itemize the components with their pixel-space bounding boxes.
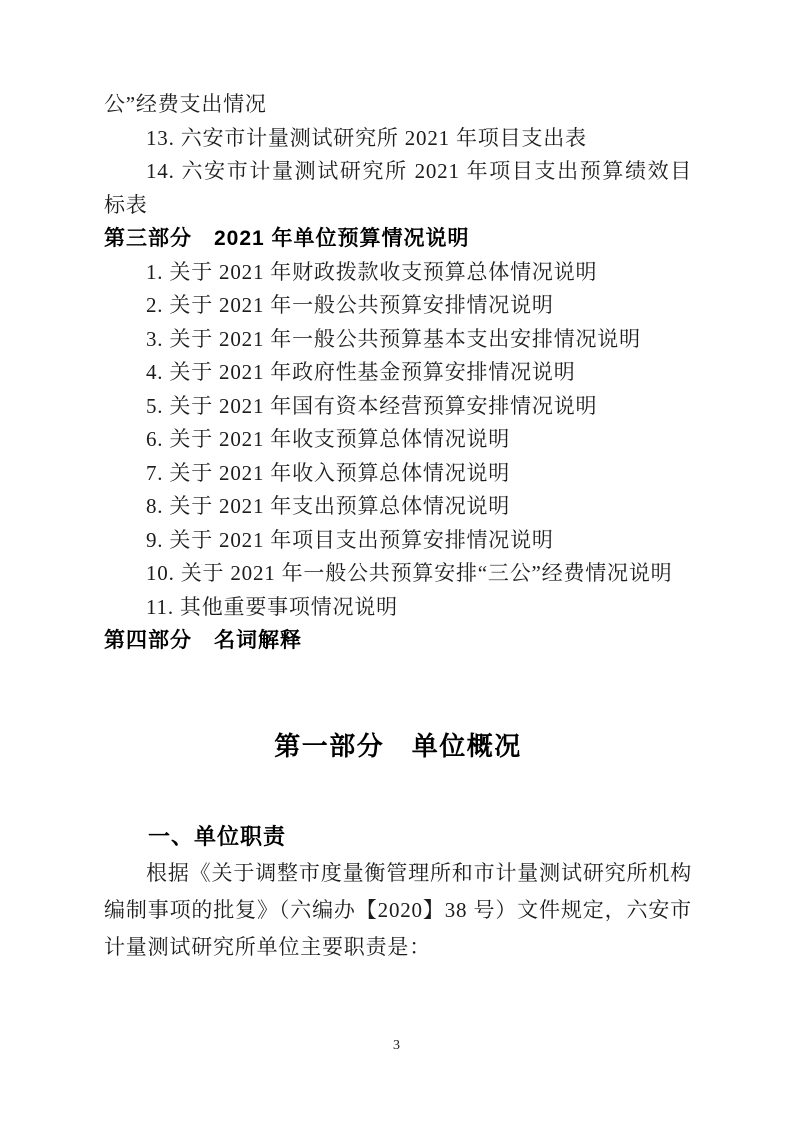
toc-item: 7. 关于 2021 年收入预算总体情况说明 [104, 457, 692, 491]
unit-duties-subheading: 一、单位职责 [104, 818, 692, 855]
toc-item: 8. 关于 2021 年支出预算总体情况说明 [104, 490, 692, 524]
toc-item: 3. 关于 2021 年一般公共预算基本支出安排情况说明 [104, 323, 692, 357]
body-paragraph: 根据《关于调整市度量衡管理所和市计量测试研究所机构编制事项的批复》（六编办【20… [104, 855, 692, 966]
toc-item: 5. 关于 2021 年国有资本经营预算安排情况说明 [104, 390, 692, 424]
toc-section-heading: 第三部分 2021 年单位预算情况说明 [104, 222, 692, 256]
document-page: 公”经费支出情况 13. 六安市计量测试研究所 2021 年项目支出表 14. … [0, 0, 793, 1122]
toc-item: 9. 关于 2021 年项目支出预算安排情况说明 [104, 524, 692, 558]
toc-item: 13. 六安市计量测试研究所 2021 年项目支出表 [104, 122, 692, 156]
toc-item: 14. 六安市计量测试研究所 2021 年项目支出预算绩效目标表 [104, 155, 692, 222]
toc-item: 1. 关于 2021 年财政拨款收支预算总体情况说明 [104, 256, 692, 290]
toc-continuation-line: 公”经费支出情况 [104, 88, 692, 122]
toc-section-heading: 第四部分 名词解释 [104, 624, 692, 658]
part-one-heading: 第一部分 单位概况 [104, 726, 692, 766]
toc-item: 10. 关于 2021 年一般公共预算安排“三公”经费情况说明 [104, 557, 692, 591]
toc-item: 2. 关于 2021 年一般公共预算安排情况说明 [104, 289, 692, 323]
page-number: 3 [0, 1038, 793, 1054]
toc-item: 6. 关于 2021 年收支预算总体情况说明 [104, 423, 692, 457]
toc-item: 4. 关于 2021 年政府性基金预算安排情况说明 [104, 356, 692, 390]
toc-item: 11. 其他重要事项情况说明 [104, 591, 692, 625]
text-column: 公”经费支出情况 13. 六安市计量测试研究所 2021 年项目支出表 14. … [104, 88, 692, 966]
